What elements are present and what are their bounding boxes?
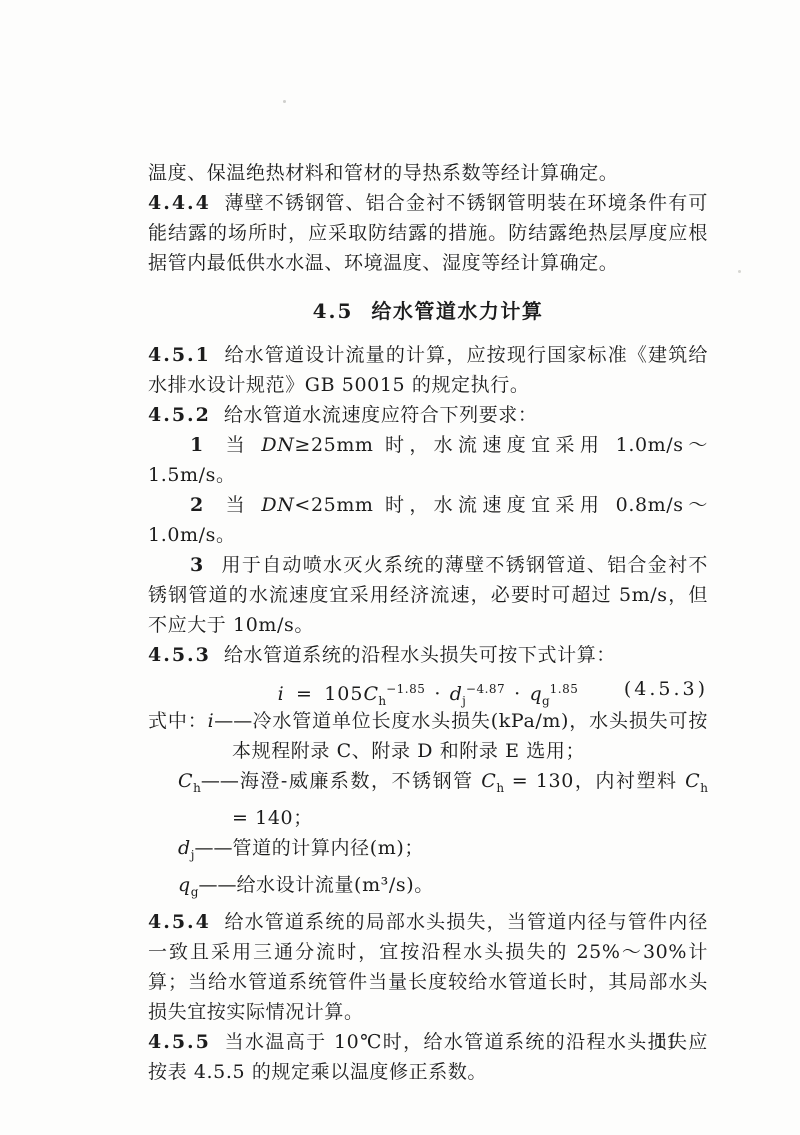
formula-expression: i=105Ch−1.85·dj−4.87·qg1.85 (278, 683, 579, 705)
item-number: 2 (190, 494, 204, 516)
text-column: 温度、保温绝热材料和管材的导热系数等经计算确定。 4.4.4薄壁不锈钢管、铝合金… (148, 158, 708, 1087)
clause-text: 给水管道系统的局部水头损失，当管道内径与管件内径一致且采用三通分流时，宜按沿程水… (148, 911, 708, 1023)
em-dash: —— (198, 874, 236, 896)
clause-number: 4.5.4 (148, 911, 211, 933)
where-label: 式中： (148, 710, 208, 732)
item-number: 1 (190, 434, 204, 456)
clause-text: 给水管道水流速度应符合下列要求： (224, 404, 538, 426)
clause-4-5-1: 4.5.1给水管道设计流量的计算，应按现行国家标准《建筑给水排水设计规范》GB … (148, 340, 708, 400)
section-number: 4.5 (313, 299, 354, 323)
item-text: 当 (221, 494, 262, 516)
where-definition-i: 式中：i——冷水管道单位长度水头损失(kPa/m)，水头损失可按本规程附录 C、… (148, 706, 708, 766)
subscript-h: h (496, 781, 504, 795)
var-q: q (178, 874, 191, 896)
formula-4-5-3: i=105Ch−1.85·dj−4.87·qg1.85(4.5.3) (148, 673, 708, 706)
var-d: d (178, 837, 191, 859)
scan-noise (283, 100, 286, 103)
subscript-h: h (193, 781, 201, 795)
var-DN: DN (261, 494, 294, 516)
em-dash: —— (214, 710, 252, 732)
equation-number: (4.5.3) (624, 673, 708, 706)
item-text: 当 (221, 434, 262, 456)
clause-text: 当水温高于 10℃时，给水管道系统的沿程水头损失应按表 4.5.5 的规定乘以温… (148, 1031, 708, 1083)
subscript-j: j (462, 694, 466, 708)
page-number-dot-right: · (689, 1031, 693, 1055)
multiply-dot: · (514, 683, 520, 705)
item-text: 用于自动喷水灭火系统的薄壁不锈钢管道、铝合金衬不锈钢管道的水流速度宜采用经济流速… (148, 554, 708, 636)
var-C: C (481, 770, 496, 792)
exponent: −1.85 (386, 682, 425, 696)
var-C: C (363, 683, 378, 705)
var-C: C (685, 770, 700, 792)
where-definition-dj: dj——管道的计算内径(m)； (148, 833, 708, 870)
clause-number: 4.5.1 (148, 344, 211, 366)
list-item-3: 3用于自动喷水灭火系统的薄壁不锈钢管道、铝合金衬不锈钢管道的水流速度宜采用经济流… (148, 550, 708, 640)
equals-sign: = (296, 683, 312, 705)
clause-text: 薄壁不锈钢管、铝合金衬不锈钢管明装在环境条件有可能结露的场所时，应采取防结露的措… (148, 192, 708, 274)
clause-4-5-4: 4.5.4给水管道系统的局部水头损失，当管道内径与管件内径一致且采用三通分流时，… (148, 907, 708, 1027)
page-number-dot-left: · (638, 1031, 642, 1055)
section-heading: 4.5给水管道水力计算 (148, 296, 708, 326)
var-C: C (178, 770, 193, 792)
multiply-dot: · (434, 683, 440, 705)
list-item-2: 2当 DN<25mm 时，水流速度宜采用 0.8m/s～1.0m/s。 (148, 490, 708, 550)
item-number: 3 (190, 554, 204, 576)
clause-text: 给水管道设计流量的计算，应按现行国家标准《建筑给水排水设计规范》GB 50015… (148, 344, 708, 396)
page-number-value: 11 (654, 1031, 677, 1055)
definition-text: 冷水管道单位长度水头损失(kPa/m)，水头损失可按本规程附录 C、附录 D 和… (232, 710, 708, 762)
var-d: d (450, 683, 462, 705)
document-page: 温度、保温绝热材料和管材的导热系数等经计算确定。 4.4.4薄壁不锈钢管、铝合金… (0, 0, 800, 1135)
em-dash: —— (195, 837, 233, 859)
var-DN: DN (261, 434, 294, 456)
subscript-h: h (378, 694, 386, 708)
clause-4-4-4: 4.4.4薄壁不锈钢管、铝合金衬不锈钢管明装在环境条件有可能结露的场所时，应采取… (148, 188, 708, 278)
em-dash: —— (201, 770, 239, 792)
definition-text: 海澄-威廉系数，不锈钢管 (239, 770, 481, 792)
exponent: −4.87 (466, 682, 505, 696)
section-title: 给水管道水力计算 (371, 299, 543, 323)
exponent: 1.85 (550, 682, 579, 696)
where-definition-qg: qg——给水设计流量(m³/s)。 (148, 870, 708, 907)
clause-number: 4.5.2 (148, 404, 211, 426)
clause-number: 4.5.3 (148, 644, 211, 666)
definition-text: 管道的计算内径(m)； (233, 837, 424, 859)
clause-number: 4.5.5 (148, 1031, 211, 1053)
definition-text: 给水设计流量(m³/s)。 (236, 874, 433, 896)
var-q: q (530, 683, 542, 705)
clause-4-5-5: 4.5.5当水温高于 10℃时，给水管道系统的沿程水头损失应按表 4.5.5 的… (148, 1027, 708, 1087)
clause-number: 4.4.4 (148, 192, 211, 214)
clause-4-5-2: 4.5.2给水管道水流速度应符合下列要求： (148, 400, 708, 430)
subscript-h: h (700, 781, 708, 795)
page-number: ·11· (638, 1031, 694, 1055)
paragraph-continuation: 温度、保温绝热材料和管材的导热系数等经计算确定。 (148, 158, 708, 188)
clause-4-5-3: 4.5.3给水管道系统的沿程水头损失可按下式计算： (148, 640, 708, 670)
var-i: i (278, 683, 284, 705)
definition-text: = 130，内衬塑料 (504, 770, 685, 792)
coefficient: 105 (324, 683, 363, 705)
list-item-1: 1当 DN≥25mm 时，水流速度宜采用 1.0m/s～1.5m/s。 (148, 430, 708, 490)
definition-text: = 140； (232, 807, 313, 829)
where-definition-Ch: Ch——海澄-威廉系数，不锈钢管 Ch = 130，内衬塑料 Ch = 140； (148, 766, 708, 833)
subscript-g: g (542, 694, 550, 708)
clause-text: 给水管道系统的沿程水头损失可按下式计算： (224, 644, 616, 666)
